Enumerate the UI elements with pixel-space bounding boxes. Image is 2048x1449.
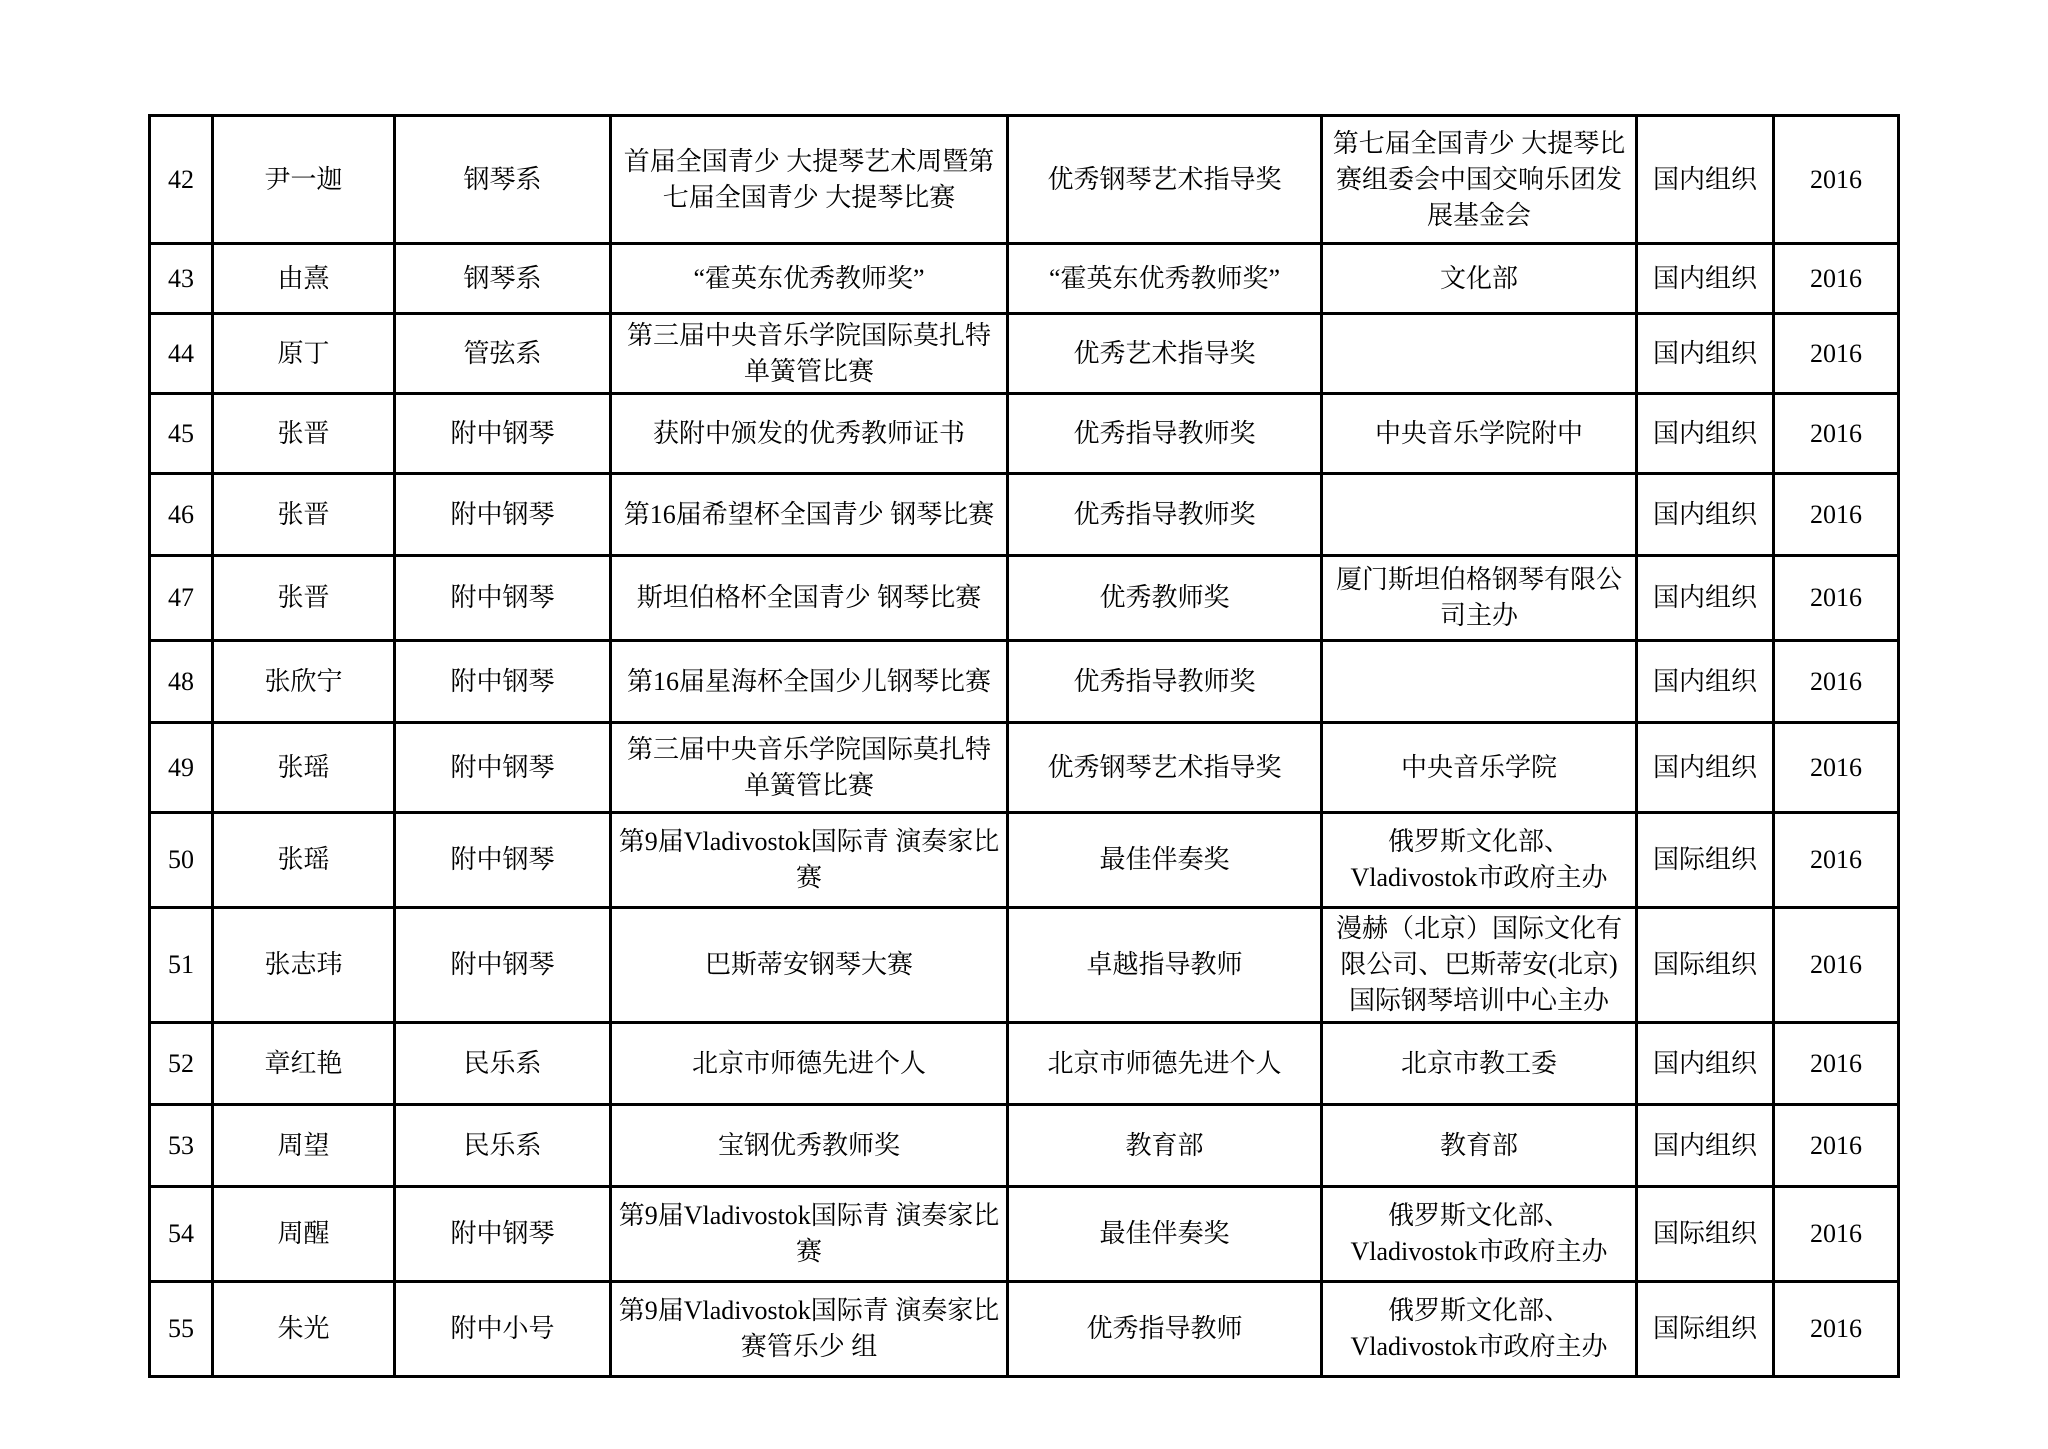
cell-department: 管弦系 — [395, 314, 611, 394]
cell-competition: 获附中颁发的优秀教师证书 — [611, 394, 1008, 474]
cell-award: 优秀教师奖 — [1008, 556, 1322, 641]
cell-competition: “霍英东优秀教师奖” — [611, 244, 1008, 314]
cell-competition: 第9届Vladivostok国际青 演奏家比赛 — [611, 813, 1008, 908]
cell-competition: 北京市师德先进个人 — [611, 1023, 1008, 1105]
cell-teacher-name: 周醒 — [213, 1187, 395, 1282]
cell-year: 2016 — [1774, 314, 1899, 394]
cell-award: 优秀钢琴艺术指导奖 — [1008, 116, 1322, 244]
cell-year: 2016 — [1774, 813, 1899, 908]
cell-teacher-name: 张瑶 — [213, 723, 395, 813]
cell-award: 优秀指导教师 — [1008, 1282, 1322, 1377]
cell-organizer: 中央音乐学院附中 — [1322, 394, 1637, 474]
cell-row-number: 42 — [150, 116, 213, 244]
cell-award: 优秀艺术指导奖 — [1008, 314, 1322, 394]
cell-teacher-name: 周望 — [213, 1105, 395, 1187]
cell-organizer: 厦门斯坦伯格钢琴有限公司主办 — [1322, 556, 1637, 641]
cell-organizer: 俄罗斯文化部、Vladivostok市政府主办 — [1322, 1187, 1637, 1282]
table-row: 46 张晋 附中钢琴 第16届希望杯全国青少 钢琴比赛 优秀指导教师奖 国内组织… — [150, 474, 1899, 556]
cell-row-number: 48 — [150, 641, 213, 723]
cell-year: 2016 — [1774, 1282, 1899, 1377]
cell-org-type: 国内组织 — [1637, 1105, 1774, 1187]
table-row: 52 章红艳 民乐系 北京市师德先进个人 北京市师德先进个人 北京市教工委 国内… — [150, 1023, 1899, 1105]
cell-department: 附中钢琴 — [395, 394, 611, 474]
cell-teacher-name: 张瑶 — [213, 813, 395, 908]
cell-organizer: 教育部 — [1322, 1105, 1637, 1187]
awards-table: 42 尹一迦 钢琴系 首届全国青少 大提琴艺术周暨第七届全国青少 大提琴比赛 优… — [148, 114, 1900, 1378]
table-row: 42 尹一迦 钢琴系 首届全国青少 大提琴艺术周暨第七届全国青少 大提琴比赛 优… — [150, 116, 1899, 244]
cell-award: 卓越指导教师 — [1008, 908, 1322, 1023]
cell-teacher-name: 原丁 — [213, 314, 395, 394]
cell-competition: 首届全国青少 大提琴艺术周暨第七届全国青少 大提琴比赛 — [611, 116, 1008, 244]
cell-year: 2016 — [1774, 394, 1899, 474]
cell-org-type: 国际组织 — [1637, 908, 1774, 1023]
cell-teacher-name: 张晋 — [213, 474, 395, 556]
cell-org-type: 国内组织 — [1637, 244, 1774, 314]
cell-competition: 第16届希望杯全国青少 钢琴比赛 — [611, 474, 1008, 556]
cell-organizer: 俄罗斯文化部、Vladivostok市政府主办 — [1322, 1282, 1637, 1377]
cell-org-type: 国内组织 — [1637, 116, 1774, 244]
table-row: 48 张欣宁 附中钢琴 第16届星海杯全国少儿钢琴比赛 优秀指导教师奖 国内组织… — [150, 641, 1899, 723]
cell-department: 附中钢琴 — [395, 1187, 611, 1282]
cell-department: 附中小号 — [395, 1282, 611, 1377]
cell-teacher-name: 朱光 — [213, 1282, 395, 1377]
cell-org-type: 国内组织 — [1637, 723, 1774, 813]
cell-award: 优秀指导教师奖 — [1008, 474, 1322, 556]
cell-teacher-name: 张晋 — [213, 556, 395, 641]
cell-org-type: 国内组织 — [1637, 1023, 1774, 1105]
cell-competition: 斯坦伯格杯全国青少 钢琴比赛 — [611, 556, 1008, 641]
cell-org-type: 国内组织 — [1637, 394, 1774, 474]
cell-organizer: 中央音乐学院 — [1322, 723, 1637, 813]
cell-row-number: 55 — [150, 1282, 213, 1377]
cell-year: 2016 — [1774, 1105, 1899, 1187]
cell-org-type: 国际组织 — [1637, 813, 1774, 908]
cell-row-number: 46 — [150, 474, 213, 556]
cell-department: 附中钢琴 — [395, 641, 611, 723]
cell-department: 附中钢琴 — [395, 813, 611, 908]
cell-competition: 宝钢优秀教师奖 — [611, 1105, 1008, 1187]
cell-year: 2016 — [1774, 723, 1899, 813]
cell-department: 附中钢琴 — [395, 556, 611, 641]
cell-department: 钢琴系 — [395, 116, 611, 244]
cell-award: 优秀指导教师奖 — [1008, 394, 1322, 474]
cell-department: 钢琴系 — [395, 244, 611, 314]
cell-year: 2016 — [1774, 474, 1899, 556]
cell-row-number: 43 — [150, 244, 213, 314]
cell-teacher-name: 张晋 — [213, 394, 395, 474]
cell-org-type: 国内组织 — [1637, 474, 1774, 556]
cell-competition: 第三届中央音乐学院国际莫扎特单簧管比赛 — [611, 723, 1008, 813]
cell-organizer — [1322, 641, 1637, 723]
cell-teacher-name: 张志玮 — [213, 908, 395, 1023]
table-row: 55 朱光 附中小号 第9届Vladivostok国际青 演奏家比赛管乐少 组 … — [150, 1282, 1899, 1377]
cell-row-number: 49 — [150, 723, 213, 813]
cell-org-type: 国际组织 — [1637, 1282, 1774, 1377]
cell-award: 北京市师德先进个人 — [1008, 1023, 1322, 1105]
cell-teacher-name: 章红艳 — [213, 1023, 395, 1105]
cell-organizer: 文化部 — [1322, 244, 1637, 314]
cell-award: 优秀指导教师奖 — [1008, 641, 1322, 723]
document-page: 42 尹一迦 钢琴系 首届全国青少 大提琴艺术周暨第七届全国青少 大提琴比赛 优… — [0, 0, 2048, 1449]
cell-row-number: 50 — [150, 813, 213, 908]
table-row: 44 原丁 管弦系 第三届中央音乐学院国际莫扎特单簧管比赛 优秀艺术指导奖 国内… — [150, 314, 1899, 394]
cell-row-number: 53 — [150, 1105, 213, 1187]
cell-organizer: 漫赫（北京）国际文化有限公司、巴斯蒂安(北京)国际钢琴培训中心主办 — [1322, 908, 1637, 1023]
cell-department: 附中钢琴 — [395, 474, 611, 556]
cell-org-type: 国际组织 — [1637, 1187, 1774, 1282]
cell-year: 2016 — [1774, 116, 1899, 244]
cell-row-number: 44 — [150, 314, 213, 394]
cell-department: 民乐系 — [395, 1023, 611, 1105]
cell-competition: 巴斯蒂安钢琴大赛 — [611, 908, 1008, 1023]
cell-org-type: 国内组织 — [1637, 314, 1774, 394]
cell-year: 2016 — [1774, 908, 1899, 1023]
cell-teacher-name: 张欣宁 — [213, 641, 395, 723]
cell-row-number: 45 — [150, 394, 213, 474]
cell-row-number: 51 — [150, 908, 213, 1023]
cell-award: 最佳伴奏奖 — [1008, 813, 1322, 908]
table-row: 53 周望 民乐系 宝钢优秀教师奖 教育部 教育部 国内组织 2016 — [150, 1105, 1899, 1187]
cell-competition: 第9届Vladivostok国际青 演奏家比赛管乐少 组 — [611, 1282, 1008, 1377]
awards-table-container: 42 尹一迦 钢琴系 首届全国青少 大提琴艺术周暨第七届全国青少 大提琴比赛 优… — [148, 114, 1900, 1378]
cell-award: 最佳伴奏奖 — [1008, 1187, 1322, 1282]
cell-year: 2016 — [1774, 641, 1899, 723]
cell-award: 教育部 — [1008, 1105, 1322, 1187]
cell-organizer — [1322, 314, 1637, 394]
cell-row-number: 47 — [150, 556, 213, 641]
cell-competition: 第9届Vladivostok国际青 演奏家比赛 — [611, 1187, 1008, 1282]
cell-year: 2016 — [1774, 1187, 1899, 1282]
table-row: 54 周醒 附中钢琴 第9届Vladivostok国际青 演奏家比赛 最佳伴奏奖… — [150, 1187, 1899, 1282]
cell-award: 优秀钢琴艺术指导奖 — [1008, 723, 1322, 813]
cell-department: 民乐系 — [395, 1105, 611, 1187]
cell-row-number: 54 — [150, 1187, 213, 1282]
cell-year: 2016 — [1774, 244, 1899, 314]
table-row: 47 张晋 附中钢琴 斯坦伯格杯全国青少 钢琴比赛 优秀教师奖 厦门斯坦伯格钢琴… — [150, 556, 1899, 641]
cell-teacher-name: 由熹 — [213, 244, 395, 314]
table-row: 43 由熹 钢琴系 “霍英东优秀教师奖” “霍英东优秀教师奖” 文化部 国内组织… — [150, 244, 1899, 314]
cell-organizer: 北京市教工委 — [1322, 1023, 1637, 1105]
cell-department: 附中钢琴 — [395, 908, 611, 1023]
cell-year: 2016 — [1774, 1023, 1899, 1105]
cell-year: 2016 — [1774, 556, 1899, 641]
cell-teacher-name: 尹一迦 — [213, 116, 395, 244]
cell-competition: 第16届星海杯全国少儿钢琴比赛 — [611, 641, 1008, 723]
table-row: 45 张晋 附中钢琴 获附中颁发的优秀教师证书 优秀指导教师奖 中央音乐学院附中… — [150, 394, 1899, 474]
cell-row-number: 52 — [150, 1023, 213, 1105]
table-row: 50 张瑶 附中钢琴 第9届Vladivostok国际青 演奏家比赛 最佳伴奏奖… — [150, 813, 1899, 908]
cell-department: 附中钢琴 — [395, 723, 611, 813]
cell-organizer — [1322, 474, 1637, 556]
cell-competition: 第三届中央音乐学院国际莫扎特单簧管比赛 — [611, 314, 1008, 394]
cell-org-type: 国内组织 — [1637, 641, 1774, 723]
cell-organizer: 第七届全国青少 大提琴比赛组委会中国交响乐团发展基金会 — [1322, 116, 1637, 244]
cell-award: “霍英东优秀教师奖” — [1008, 244, 1322, 314]
cell-org-type: 国内组织 — [1637, 556, 1774, 641]
table-row: 51 张志玮 附中钢琴 巴斯蒂安钢琴大赛 卓越指导教师 漫赫（北京）国际文化有限… — [150, 908, 1899, 1023]
table-row: 49 张瑶 附中钢琴 第三届中央音乐学院国际莫扎特单簧管比赛 优秀钢琴艺术指导奖… — [150, 723, 1899, 813]
cell-organizer: 俄罗斯文化部、Vladivostok市政府主办 — [1322, 813, 1637, 908]
